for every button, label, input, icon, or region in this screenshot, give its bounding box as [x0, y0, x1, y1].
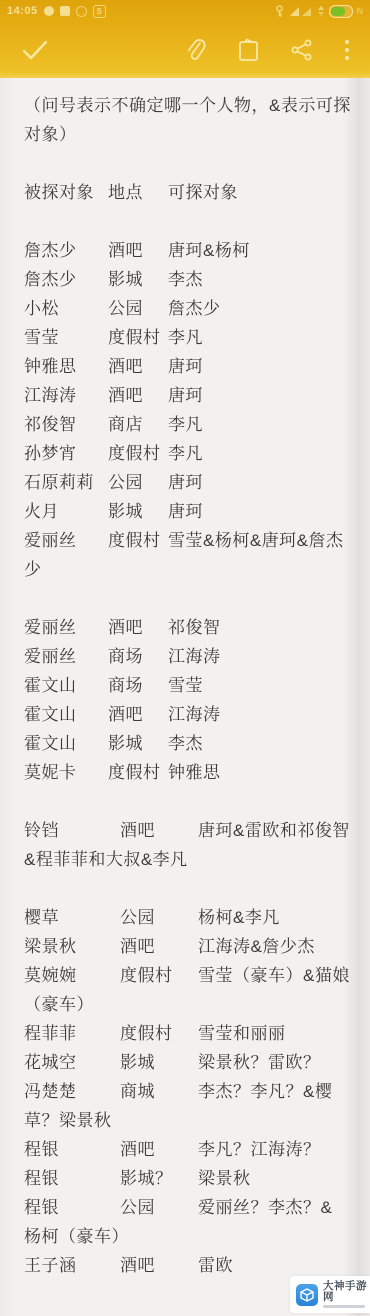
- targets-cell: 江海涛: [168, 705, 221, 724]
- note-table-row: 莫婉婉度假村雪莹（豪车）&猫娘: [24, 961, 360, 990]
- targets-cell: 李凡: [168, 444, 203, 463]
- targets-cell: 唐珂: [168, 502, 203, 521]
- subject-cell: 孙梦宵: [24, 439, 108, 468]
- nfc-icon: N: [357, 6, 364, 16]
- clipboard-icon[interactable]: [231, 32, 266, 69]
- note-blank-line: [24, 149, 360, 178]
- subject-cell: 詹杰少: [24, 265, 108, 294]
- done-check-button[interactable]: [14, 32, 56, 68]
- subject-cell: 霍文山: [24, 729, 108, 758]
- place-cell: 酒吧: [120, 1251, 198, 1280]
- targets-cell: 詹杰少: [168, 299, 221, 318]
- note-table-row: 程菲菲度假村雪莹和丽丽: [24, 1019, 360, 1048]
- targets-cell: 梁景秋？雷欧？: [198, 1053, 321, 1072]
- note-table-row: 程银影城？梁景秋: [24, 1164, 360, 1193]
- app-header: 14:05 S N: [0, 0, 370, 78]
- targets-cell: 江海涛&詹少杰: [198, 937, 315, 956]
- subject-cell: 小松: [24, 294, 108, 323]
- note-table-row: 爱丽丝酒吧祁俊智: [24, 613, 360, 642]
- note-text-line: 对象）: [24, 120, 360, 149]
- subject-cell: 爱丽丝: [24, 526, 108, 555]
- subject-cell: 爱丽丝: [24, 642, 108, 671]
- subject-cell: 江海涛: [24, 381, 108, 410]
- place-cell: 酒吧: [108, 700, 168, 729]
- subject-cell: 詹杰少: [24, 236, 108, 265]
- targets-cell: 雪莹: [168, 676, 203, 695]
- subject-cell: 程银: [24, 1193, 120, 1222]
- note-table-row: 石原莉莉公园唐珂: [24, 468, 360, 497]
- note-table-row: 詹杰少影城李杰: [24, 265, 360, 294]
- s-app-icon: S: [93, 5, 106, 18]
- note-table-row: 火月影城唐珂: [24, 497, 360, 526]
- note-table-row: 小松公园詹杰少: [24, 294, 360, 323]
- attachment-icon[interactable]: [177, 31, 213, 69]
- note-table-row: 梁景秋酒吧江海涛&詹少杰: [24, 932, 360, 961]
- note-text-line: （豪车）: [24, 990, 360, 1019]
- subject-cell: 石原莉莉: [24, 468, 108, 497]
- note-text-line: 草？梁景秋: [24, 1106, 360, 1135]
- note-text-line: &程菲菲和大叔&李凡: [24, 845, 360, 874]
- note-table-row: 霍文山酒吧江海涛: [24, 700, 360, 729]
- targets-cell: 爱丽丝？李杰？&: [198, 1198, 332, 1217]
- place-cell: 公园: [108, 468, 168, 497]
- note-blank-line: [24, 584, 360, 613]
- subject-cell: 莫妮卡: [24, 758, 108, 787]
- targets-cell: 雷欧: [198, 1256, 233, 1275]
- targets-cell: 雪莹和丽丽: [198, 1024, 286, 1043]
- note-table-row: 樱草公园杨柯&李凡: [24, 903, 360, 932]
- note-table-row: 霍文山影城李杰: [24, 729, 360, 758]
- note-table-row: 程银公园爱丽丝？李杰？&: [24, 1193, 360, 1222]
- note-table-row: 江海涛酒吧唐珂: [24, 381, 360, 410]
- vpn-key-icon: [274, 5, 285, 17]
- notification-dot-icon: [44, 6, 54, 16]
- place-cell: 度假村: [108, 526, 168, 555]
- place-cell: 酒吧: [120, 816, 198, 845]
- targets-cell: 唐珂: [168, 473, 203, 492]
- note-table-row: 孙梦宵度假村李凡: [24, 439, 360, 468]
- watermark-title: 大神手游网: [323, 1281, 370, 1303]
- subject-cell: 钟雅思: [24, 352, 108, 381]
- toolbar-actions: [177, 31, 356, 69]
- subject-cell: 雪莹: [24, 323, 108, 352]
- place-cell: 公园: [120, 1193, 198, 1222]
- place-cell: 度假村: [108, 758, 168, 787]
- targets-cell: 梁景秋: [198, 1169, 251, 1188]
- note-table-row: 祁俊智商店李凡: [24, 410, 360, 439]
- place-cell: 影城: [120, 1048, 198, 1077]
- targets-cell: 雪莹&杨柯&唐珂&詹杰: [168, 531, 344, 550]
- status-time: 14:05: [7, 5, 38, 17]
- place-cell: 酒吧: [108, 236, 168, 265]
- subject-cell: 火月: [24, 497, 108, 526]
- targets-cell: 祁俊智: [168, 618, 221, 637]
- targets-cell: 杨柯&李凡: [198, 908, 280, 927]
- subject-cell: 冯楚楚: [24, 1077, 120, 1106]
- place-cell: 商店: [108, 410, 168, 439]
- note-table-row: 钟雅思酒吧唐珂: [24, 352, 360, 381]
- place-cell: 酒吧: [108, 381, 168, 410]
- note-table-row: 雪莹度假村李凡: [24, 323, 360, 352]
- note-text-line: 杨柯（豪车）: [24, 1222, 360, 1251]
- place-cell: 酒吧: [120, 1135, 198, 1164]
- targets-cell: 唐珂: [168, 386, 203, 405]
- place-cell: 度假村: [108, 323, 168, 352]
- note-table-row: 程银酒吧李凡？江海涛？: [24, 1135, 360, 1164]
- targets-cell: 李杰: [168, 734, 203, 753]
- note-table-row: 冯楚楚商城李杰？李凡？&樱: [24, 1077, 360, 1106]
- place-cell: 商场: [108, 642, 168, 671]
- note-text-line: 少: [24, 555, 360, 584]
- targets-cell: 李杰？李凡？&樱: [198, 1082, 332, 1101]
- signal-bars-icon: [289, 5, 313, 17]
- note-table-row: 霍文山商场雪莹: [24, 671, 360, 700]
- notification-square-icon: [60, 6, 70, 16]
- battery-icon: [329, 5, 353, 18]
- place-cell: 酒吧: [108, 352, 168, 381]
- place-cell: 酒吧: [120, 932, 198, 961]
- note-table-row: 爱丽丝商场江海涛: [24, 642, 360, 671]
- subject-cell: 爱丽丝: [24, 613, 108, 642]
- note-toolbar: [0, 22, 370, 78]
- subject-cell: 被探对象: [24, 178, 108, 207]
- targets-cell: 李凡: [168, 415, 203, 434]
- cube-logo-icon: [296, 1284, 318, 1306]
- data-arrows-icon: [317, 5, 325, 17]
- place-cell: 度假村: [120, 961, 198, 990]
- watermark-url-placeholder: [323, 1305, 365, 1308]
- subject-cell: 霍文山: [24, 671, 108, 700]
- note-content[interactable]: （问号表示不确定哪一个人物，&表示可探对象）被探对象地点可探对象詹杰少酒吧唐珂&…: [0, 78, 370, 1316]
- place-cell: 商城: [120, 1077, 198, 1106]
- place-cell: 影城？: [120, 1164, 198, 1193]
- targets-cell: 钟雅思: [168, 763, 221, 782]
- targets-cell: 唐珂&杨柯: [168, 241, 250, 260]
- status-right: N: [274, 5, 364, 18]
- status-bar: 14:05 S N: [0, 0, 370, 22]
- note-text-line: （问号表示不确定哪一个人物，&表示可探: [24, 91, 360, 120]
- place-cell: 公园: [108, 294, 168, 323]
- targets-cell: 李凡: [168, 328, 203, 347]
- targets-cell: 可探对象: [168, 183, 238, 202]
- subject-cell: 程银: [24, 1164, 120, 1193]
- note-blank-line: [24, 207, 360, 236]
- targets-cell: 雪莹（豪车）&猫娘: [198, 966, 350, 985]
- screenshot-root: 14:05 S N: [0, 0, 370, 1316]
- place-cell: 公园: [120, 903, 198, 932]
- note-table-row: 铃铛酒吧唐珂&雷欧和祁俊智: [24, 816, 360, 845]
- targets-cell: 唐珂: [168, 357, 203, 376]
- battery-level: [331, 7, 345, 16]
- subject-cell: 莫婉婉: [24, 961, 120, 990]
- notification-ring-icon: [76, 6, 87, 17]
- place-cell: 影城: [108, 497, 168, 526]
- subject-cell: 铃铛: [24, 816, 120, 845]
- place-cell: 影城: [108, 265, 168, 294]
- note-table-row: 爱丽丝度假村雪莹&杨柯&唐珂&詹杰: [24, 526, 360, 555]
- subject-cell: 梁景秋: [24, 932, 120, 961]
- place-cell: 度假村: [108, 439, 168, 468]
- more-menu-icon[interactable]: [338, 32, 356, 68]
- note-table-row: 花城空影城梁景秋？雷欧？: [24, 1048, 360, 1077]
- targets-cell: 江海涛: [168, 647, 221, 666]
- place-cell: 酒吧: [108, 613, 168, 642]
- subject-cell: 花城空: [24, 1048, 120, 1077]
- place-cell: 地点: [108, 178, 168, 207]
- place-cell: 度假村: [120, 1019, 198, 1048]
- subject-cell: 程银: [24, 1135, 120, 1164]
- subject-cell: 祁俊智: [24, 410, 108, 439]
- note-table-row: 莫妮卡度假村钟雅思: [24, 758, 360, 787]
- subject-cell: 程菲菲: [24, 1019, 120, 1048]
- share-icon[interactable]: [284, 32, 320, 68]
- status-left: 14:05 S: [7, 5, 106, 18]
- subject-cell: 王子涵: [24, 1251, 120, 1280]
- subject-cell: 樱草: [24, 903, 120, 932]
- subject-cell: 霍文山: [24, 700, 108, 729]
- targets-cell: 李凡？江海涛？: [198, 1140, 321, 1159]
- targets-cell: 李杰: [168, 270, 203, 289]
- note-blank-line: [24, 874, 360, 903]
- note-table-row: 詹杰少酒吧唐珂&杨柯: [24, 236, 360, 265]
- watermark-badge: 大神手游网: [290, 1276, 370, 1313]
- targets-cell: 唐珂&雷欧和祁俊智: [198, 821, 350, 840]
- place-cell: 商场: [108, 671, 168, 700]
- place-cell: 影城: [108, 729, 168, 758]
- watermark-text: 大神手游网: [323, 1281, 370, 1308]
- note-blank-line: [24, 787, 360, 816]
- note-table-header: 被探对象地点可探对象: [24, 178, 360, 207]
